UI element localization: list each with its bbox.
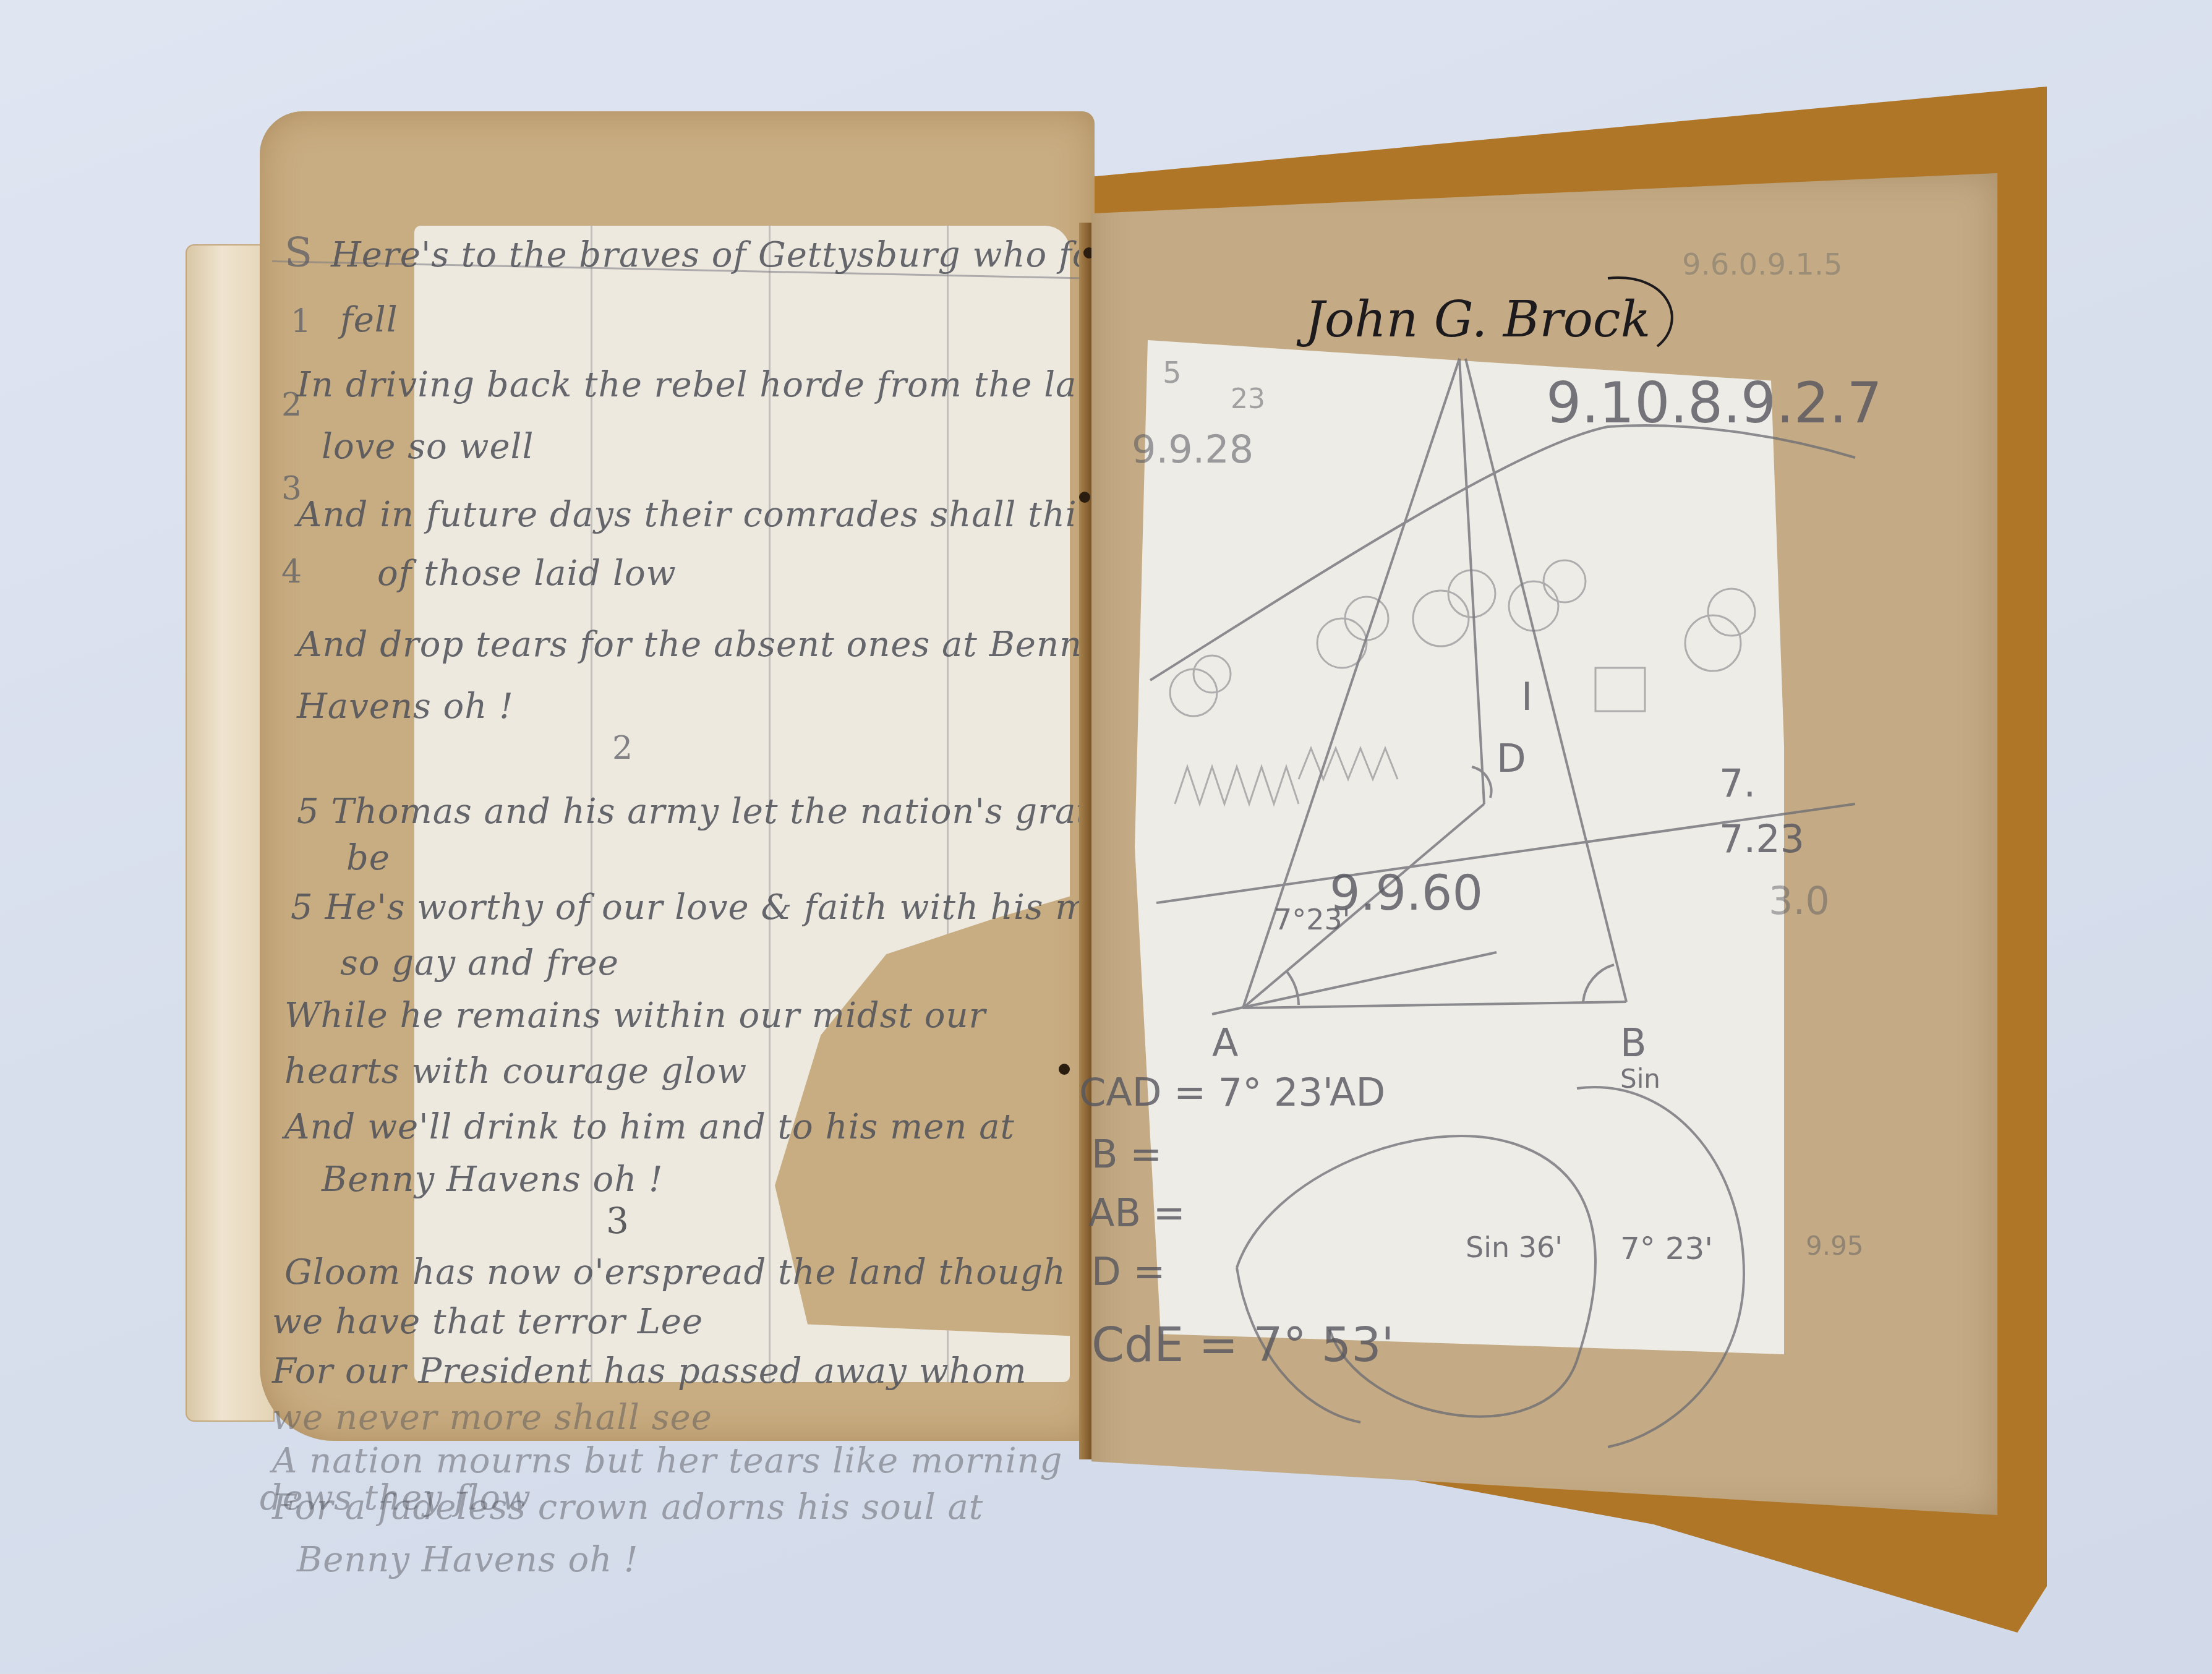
vertex-label-a: A <box>1212 1020 1238 1065</box>
vertex-label-d: D <box>1497 736 1526 781</box>
scroll-annotation: Sin 36' <box>1466 1231 1563 1264</box>
faint-number: 9.9.28 <box>1132 427 1253 472</box>
equation: D = <box>1091 1249 1165 1294</box>
right-column-number: 7.23 <box>1719 816 1804 861</box>
faint-number: 5 <box>1163 356 1182 390</box>
right-column-number: 7. <box>1719 761 1756 806</box>
faint-number: 23 <box>1231 383 1265 415</box>
vertex-label-i: I <box>1521 674 1532 719</box>
scroll-annotation: Sin <box>1620 1064 1660 1094</box>
side-length-value: 9.9.60 <box>1330 866 1483 921</box>
angle-value: 7°23' <box>1274 903 1350 936</box>
equation: B = <box>1091 1132 1162 1177</box>
scroll-annotation: 7° 23' <box>1620 1231 1713 1266</box>
signature: John G. Brock <box>1305 291 1650 348</box>
right-column-number: 3.0 <box>1769 878 1830 923</box>
scroll-annotation: 9.95 <box>1806 1231 1864 1261</box>
faint-number: 9.6.0.9.1.5 <box>1682 247 1843 282</box>
large-number: 9.10.8.9.2.7 <box>1546 371 1882 436</box>
vertex-label-b: B <box>1620 1020 1647 1065</box>
survey-sketch <box>0 0 2212 1674</box>
equation: AD <box>1330 1070 1385 1115</box>
equation: AB = <box>1088 1190 1185 1236</box>
equation: CdE = 7° 53' <box>1091 1317 1394 1372</box>
equation: CAD = 7° 23' <box>1079 1070 1333 1115</box>
